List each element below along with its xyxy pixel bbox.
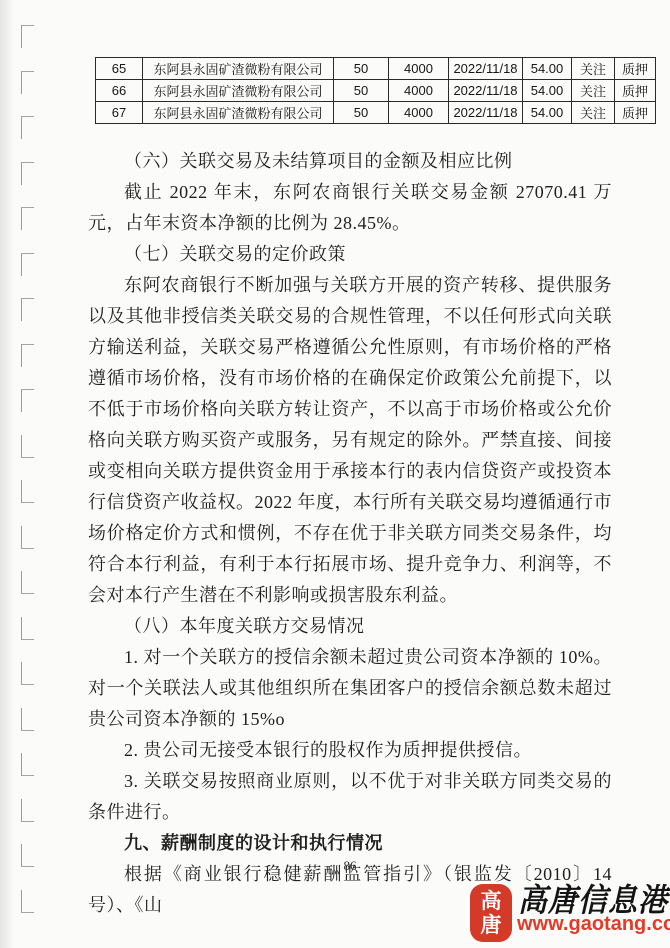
binding-mark — [21, 708, 34, 731]
binding-mark — [21, 753, 34, 776]
cell-status: 关注 — [572, 80, 615, 102]
binding-mark — [21, 617, 34, 640]
cell-date: 2022/11/18 — [449, 58, 523, 80]
cell-company-name: 东阿县永固矿渣微粉有限公司 — [143, 102, 334, 124]
binding-mark — [21, 116, 34, 139]
binding-mark — [21, 526, 34, 549]
binding-mark — [21, 253, 34, 276]
cell-pledge-type: 质押 — [615, 80, 656, 102]
scanned-document-page: 65 东阿县永固矿渣微粉有限公司 50 4000 2022/11/18 54.0… — [0, 0, 670, 948]
binding-mark — [21, 344, 34, 367]
binding-mark — [21, 389, 34, 412]
binding-mark — [21, 890, 34, 913]
binding-mark — [21, 435, 34, 458]
section-heading-7: （七）关联交易的定价政策 — [88, 239, 612, 270]
cell-value-1: 50 — [334, 80, 389, 102]
paragraph: 截止 2022 年末，东阿农商银行关联交易金额 27070.41 万元，占年末资… — [88, 177, 612, 239]
cell-value-1: 50 — [334, 58, 389, 80]
table-row: 65 东阿县永固矿渣微粉有限公司 50 4000 2022/11/18 54.0… — [96, 58, 656, 80]
cell-pledge-type: 质押 — [615, 58, 656, 80]
binding-mark — [21, 799, 34, 822]
paragraph: 东阿农商银行不断加强与关联方开展的资产转移、提供服务以及其他非授信类关联交易的合… — [88, 270, 612, 611]
binding-marks — [0, 0, 45, 948]
seal-char-bottom: 唐 — [481, 913, 502, 937]
cell-row-number: 65 — [96, 58, 143, 80]
binding-mark — [21, 571, 34, 594]
chapter-heading-9: 九、薪酬制度的设计和执行情况 — [88, 828, 612, 859]
binding-mark — [21, 480, 34, 503]
cell-amount: 54.00 — [523, 102, 572, 124]
cell-row-number: 66 — [96, 80, 143, 102]
table-row: 66 东阿县永固矿渣微粉有限公司 50 4000 2022/11/18 54.0… — [96, 80, 656, 102]
binding-mark — [21, 25, 34, 48]
cell-status: 关注 — [572, 102, 615, 124]
cell-value-2: 4000 — [389, 58, 449, 80]
cell-value-1: 50 — [334, 102, 389, 124]
site-watermark: 高 唐 高唐信息港 www.gaotang.cc — [468, 880, 670, 948]
cell-value-2: 4000 — [389, 80, 449, 102]
cell-company-name: 东阿县永固矿渣微粉有限公司 — [143, 80, 334, 102]
cell-amount: 54.00 — [523, 58, 572, 80]
watermark-url-text: www.gaotang.cc — [517, 913, 670, 936]
cell-pledge-type: 质押 — [615, 102, 656, 124]
binding-mark — [21, 71, 34, 94]
cell-value-2: 4000 — [389, 102, 449, 124]
cell-date: 2022/11/18 — [449, 102, 523, 124]
binding-mark — [21, 298, 34, 321]
cell-amount: 54.00 — [523, 80, 572, 102]
list-item-1: 1. 对一个关联方的授信余额未超过贵公司资本净额的 10%。对一个关联法人或其他… — [88, 642, 612, 735]
binding-mark — [21, 162, 34, 185]
document-body: （六）关联交易及未结算项目的金额及相应比例 截止 2022 年末，东阿农商银行关… — [88, 146, 612, 921]
gaotang-seal-icon: 高 唐 — [470, 884, 512, 942]
section-heading-6: （六）关联交易及未结算项目的金额及相应比例 — [88, 146, 612, 177]
section-heading-8: （八）本年度关联方交易情况 — [88, 611, 612, 642]
seal-char-top: 高 — [481, 889, 502, 913]
list-item-2: 2. 贵公司无接受本银行的股权作为质押提供授信。 — [88, 735, 612, 766]
binding-mark — [21, 207, 34, 230]
cell-status: 关注 — [572, 58, 615, 80]
cell-row-number: 67 — [96, 102, 143, 124]
related-party-loan-table: 65 东阿县永固矿渣微粉有限公司 50 4000 2022/11/18 54.0… — [95, 57, 656, 124]
binding-mark — [21, 662, 34, 685]
cell-date: 2022/11/18 — [449, 80, 523, 102]
table-row: 67 东阿县永固矿渣微粉有限公司 50 4000 2022/11/18 54.0… — [96, 102, 656, 124]
page-number: 86 — [88, 858, 612, 874]
binding-mark — [21, 844, 34, 867]
cell-company-name: 东阿县永固矿渣微粉有限公司 — [143, 58, 334, 80]
list-item-3: 3. 关联交易按照商业原则，以不优于对非关联方同类交易的条件进行。 — [88, 766, 612, 828]
